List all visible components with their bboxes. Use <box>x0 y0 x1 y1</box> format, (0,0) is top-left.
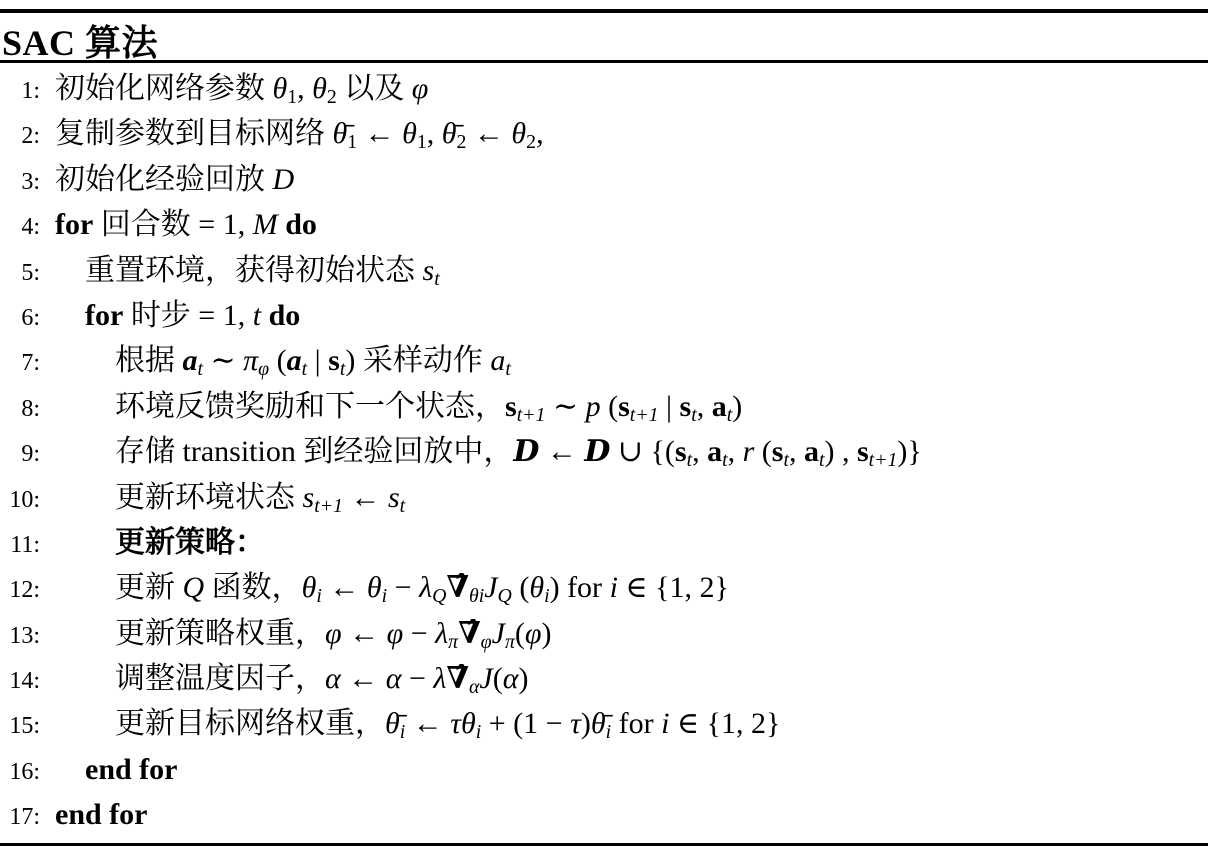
algorithm-line: 15:更新目标网络权重，θ̄i ← τθi + (1 − τ)θ̄i for i… <box>0 701 1208 746</box>
math-segment: do <box>285 208 317 241</box>
math-segment: t <box>434 268 440 290</box>
math-segment: φ <box>412 72 429 105</box>
math-segment: s <box>857 435 869 468</box>
math-segment: s <box>772 435 784 468</box>
line-number: 12: <box>0 568 40 613</box>
math-segment: θ̄ <box>591 707 606 740</box>
math-segment: a <box>287 344 302 377</box>
algorithm-page: SAC 算法 1:初始化网络参数 θ1, θ2 以及 φ2:复制参数到目标网络 … <box>0 0 1208 854</box>
algorithm-line: 7:根据 at ∼ πφ (at | st) 采样动作 at <box>0 338 1208 383</box>
line-number: 3: <box>0 160 40 205</box>
algorithm-line: 17:end for <box>0 792 1208 837</box>
math-segment: θ <box>511 117 526 150</box>
math-segment: s <box>303 481 315 514</box>
math-segment: 1 <box>347 131 357 153</box>
math-segment: M <box>253 208 278 241</box>
math-segment: ← <box>466 117 511 150</box>
math-segment: ) <box>732 390 742 423</box>
math-segment: φ <box>481 631 492 653</box>
math-segment: end for <box>55 798 148 831</box>
math-segment: − <box>402 662 434 695</box>
math-segment: π <box>243 344 258 377</box>
line-number: 13: <box>0 614 40 659</box>
math-segment: α <box>325 662 341 695</box>
math-segment: φ <box>258 358 269 380</box>
math-segment: )} <box>897 435 921 468</box>
algorithm-line: 11:更新策略： <box>0 520 1208 565</box>
math-segment: J <box>484 571 497 604</box>
math-segment: 重置环境，获得初始状态 <box>85 254 423 287</box>
math-segment: ← <box>342 617 387 650</box>
line-content: 更新目标网络权重，θ̄i ← τθi + (1 − τ)θ̄i for i ∈ … <box>115 701 780 755</box>
algorithm-line: 2:复制参数到目标网络 θ̄1 ← θ1, θ̄2 ← θ2, <box>0 111 1208 156</box>
math-segment: s <box>505 390 517 423</box>
math-segment: 存储 transition 到经验回放中， <box>115 435 513 468</box>
math-segment: a <box>712 390 727 423</box>
bottom-rule <box>0 843 1208 846</box>
math-segment: J <box>479 662 492 695</box>
line-number: 5: <box>0 251 40 296</box>
math-segment: a <box>707 435 722 468</box>
math-segment: 2 <box>457 131 467 153</box>
math-segment: ( <box>754 435 772 468</box>
math-segment: ) <box>541 617 551 650</box>
algorithm-line: 4:for 回合数 = 1, M do <box>0 202 1208 247</box>
math-segment: λ <box>419 571 432 604</box>
math-segment: t <box>400 494 406 516</box>
math-segment <box>261 299 269 332</box>
math-segment: ) <box>518 662 528 695</box>
line-content: for 时步 = 1, t do <box>85 293 300 338</box>
math-segment: , <box>728 435 743 468</box>
math-segment: p <box>586 390 601 423</box>
math-segment: , <box>697 390 712 423</box>
math-segment: t+1 <box>517 404 546 426</box>
math-segment: ← <box>343 481 388 514</box>
math-segment: | <box>307 344 328 377</box>
algorithm-title: SAC 算法 <box>2 15 158 66</box>
math-segment: − <box>403 617 435 650</box>
math-segment: a <box>804 435 819 468</box>
math-segment: 更新策略权重， <box>115 617 325 650</box>
math-segment: 时步 = 1, <box>123 299 252 332</box>
math-segment: D <box>273 163 295 196</box>
math-segment: 回合数 = 1, <box>93 208 252 241</box>
math-segment: s <box>618 390 630 423</box>
math-segment: , <box>297 72 312 105</box>
math-segment: ∼ <box>545 390 585 423</box>
math-segment: λ <box>435 617 448 650</box>
math-segment: θ <box>273 72 288 105</box>
math-segment: ∇̂ <box>446 662 469 695</box>
math-segment: ( <box>512 571 530 604</box>
math-segment: 2 <box>327 86 337 108</box>
math-segment: ∇̂ <box>458 617 481 650</box>
math-segment: 1 <box>287 86 297 108</box>
algorithm-line: 9:存储 transition 到经验回放中，D ← D ∪ {(st, at,… <box>0 429 1208 474</box>
math-segment: for <box>611 707 661 740</box>
math-segment: 2 <box>526 131 536 153</box>
math-segment: ( <box>493 662 503 695</box>
math-segment: 更新 <box>115 571 183 604</box>
algorithm-line: 12:更新 Q 函数，θi ← θi − λQ∇̂θiJQ (θi) for i… <box>0 565 1208 610</box>
math-segment: , <box>427 117 442 150</box>
line-content: end for <box>55 792 148 837</box>
math-segment: t+1 <box>630 404 659 426</box>
math-segment: ∈ {1, 2} <box>618 571 729 604</box>
math-segment: t <box>253 299 261 332</box>
math-segment: ) for <box>550 571 610 604</box>
math-segment: s <box>680 390 692 423</box>
line-number: 17: <box>0 795 40 840</box>
math-segment: ∇̂ <box>446 571 469 604</box>
math-segment: 初始化网络参数 <box>55 72 273 105</box>
math-segment: λ <box>433 662 446 695</box>
math-segment: θ̄ <box>442 117 457 150</box>
math-segment: s <box>388 481 400 514</box>
line-number: 16: <box>0 750 40 795</box>
math-segment: π <box>448 631 458 653</box>
math-segment: ∪ {( <box>610 435 675 468</box>
line-content: 更新策略： <box>115 520 265 565</box>
math-segment: τ <box>570 707 581 740</box>
math-segment: 调整温度因子， <box>115 662 325 695</box>
line-number: 2: <box>0 114 40 159</box>
math-segment: a <box>183 344 198 377</box>
math-segment: end for <box>85 753 178 786</box>
math-segment: + (1 − <box>481 707 570 740</box>
algorithm-lines: 1:初始化网络参数 θ1, θ2 以及 φ2:复制参数到目标网络 θ̄1 ← θ… <box>0 66 1208 838</box>
math-segment: 更新环境状态 <box>115 481 303 514</box>
line-number: 8: <box>0 387 40 432</box>
line-number: 11: <box>0 523 40 568</box>
math-segment: Q <box>183 571 205 604</box>
math-segment: ) 采样动作 <box>345 344 490 377</box>
math-segment: π <box>505 631 515 653</box>
math-segment: θ̄ <box>333 117 348 150</box>
math-segment: s <box>423 254 435 287</box>
math-segment: α <box>469 676 479 698</box>
math-segment: θ <box>461 707 476 740</box>
algorithm-line: 14:调整温度因子，α ← α − λ∇̂αJ(α) <box>0 656 1208 701</box>
math-segment: 复制参数到目标网络 <box>55 117 333 150</box>
math-segment: θi <box>469 585 484 607</box>
line-content: for 回合数 = 1, M do <box>55 202 317 247</box>
math-segment: 环境反馈奖励和下一个状态， <box>115 390 505 423</box>
math-segment: Q <box>432 585 446 607</box>
math-segment: r <box>743 435 755 468</box>
math-segment: ← <box>405 707 450 740</box>
line-number: 7: <box>0 341 40 386</box>
math-segment: s <box>675 435 687 468</box>
math-segment: , <box>789 435 804 468</box>
line-number: 6: <box>0 296 40 341</box>
math-segment: ( <box>515 617 525 650</box>
math-segment: s <box>328 344 340 377</box>
math-segment: 函数， <box>204 571 302 604</box>
math-segment: φ <box>387 617 404 650</box>
math-segment: for <box>55 208 93 241</box>
algorithm-line: 3:初始化经验回放 D <box>0 157 1208 202</box>
math-segment: t <box>505 358 511 380</box>
math-segment: τ <box>450 707 461 740</box>
math-segment: − <box>387 571 419 604</box>
algorithm-line: 8:环境反馈奖励和下一个状态，st+1 ∼ p (st+1 | st, at) <box>0 384 1208 429</box>
math-segment: α <box>503 662 519 695</box>
math-segment: 更新策略： <box>115 526 265 559</box>
algorithm-line: 5:重置环境，获得初始状态 st <box>0 248 1208 293</box>
math-segment: ) , <box>824 435 857 468</box>
math-segment: θ <box>529 571 544 604</box>
math-segment: t+1 <box>869 449 898 471</box>
math-segment: J <box>492 617 505 650</box>
line-number: 9: <box>0 432 40 477</box>
math-segment: 更新目标网络权重， <box>115 707 385 740</box>
math-segment: α <box>386 662 402 695</box>
math-segment: ) <box>581 707 591 740</box>
math-segment: ← <box>539 435 584 468</box>
math-segment: , <box>536 117 544 150</box>
math-segment: ∈ {1, 2} <box>669 707 780 740</box>
math-segment: ← <box>357 117 402 150</box>
math-segment: θ <box>367 571 382 604</box>
math-segment: D <box>513 434 539 469</box>
math-segment: a <box>490 344 505 377</box>
math-segment: for <box>85 299 123 332</box>
math-segment: θ̄ <box>385 707 400 740</box>
math-segment: 根据 <box>115 344 183 377</box>
line-number: 10: <box>0 478 40 523</box>
math-segment: ← <box>341 662 386 695</box>
math-segment: do <box>269 299 301 332</box>
math-segment: θ <box>302 571 317 604</box>
title-rule <box>0 60 1208 63</box>
math-segment: 以及 <box>337 72 412 105</box>
math-segment: ( <box>601 390 619 423</box>
math-segment: φ <box>525 617 542 650</box>
math-segment: 初始化经验回放 <box>55 163 273 196</box>
line-number: 14: <box>0 659 40 704</box>
top-rule <box>0 9 1208 13</box>
math-segment: ( <box>269 344 287 377</box>
line-number: 1: <box>0 69 40 114</box>
algorithm-line: 1:初始化网络参数 θ1, θ2 以及 φ <box>0 66 1208 111</box>
math-segment: φ <box>325 617 342 650</box>
math-segment: θ <box>312 72 327 105</box>
line-number: 15: <box>0 704 40 749</box>
algorithm-line: 6:for 时步 = 1, t do <box>0 293 1208 338</box>
math-segment: ← <box>322 571 367 604</box>
line-number: 4: <box>0 205 40 250</box>
math-segment: , <box>692 435 707 468</box>
line-content: 初始化经验回放 D <box>55 157 294 202</box>
math-segment: t+1 <box>314 494 343 516</box>
math-segment: ∼ <box>203 344 243 377</box>
line-content: end for <box>85 747 178 792</box>
math-segment: | <box>659 390 680 423</box>
math-segment: D <box>584 434 610 469</box>
math-segment: Q <box>498 585 512 607</box>
math-segment: θ <box>402 117 417 150</box>
math-segment: i <box>610 571 618 604</box>
math-segment: 1 <box>417 131 427 153</box>
